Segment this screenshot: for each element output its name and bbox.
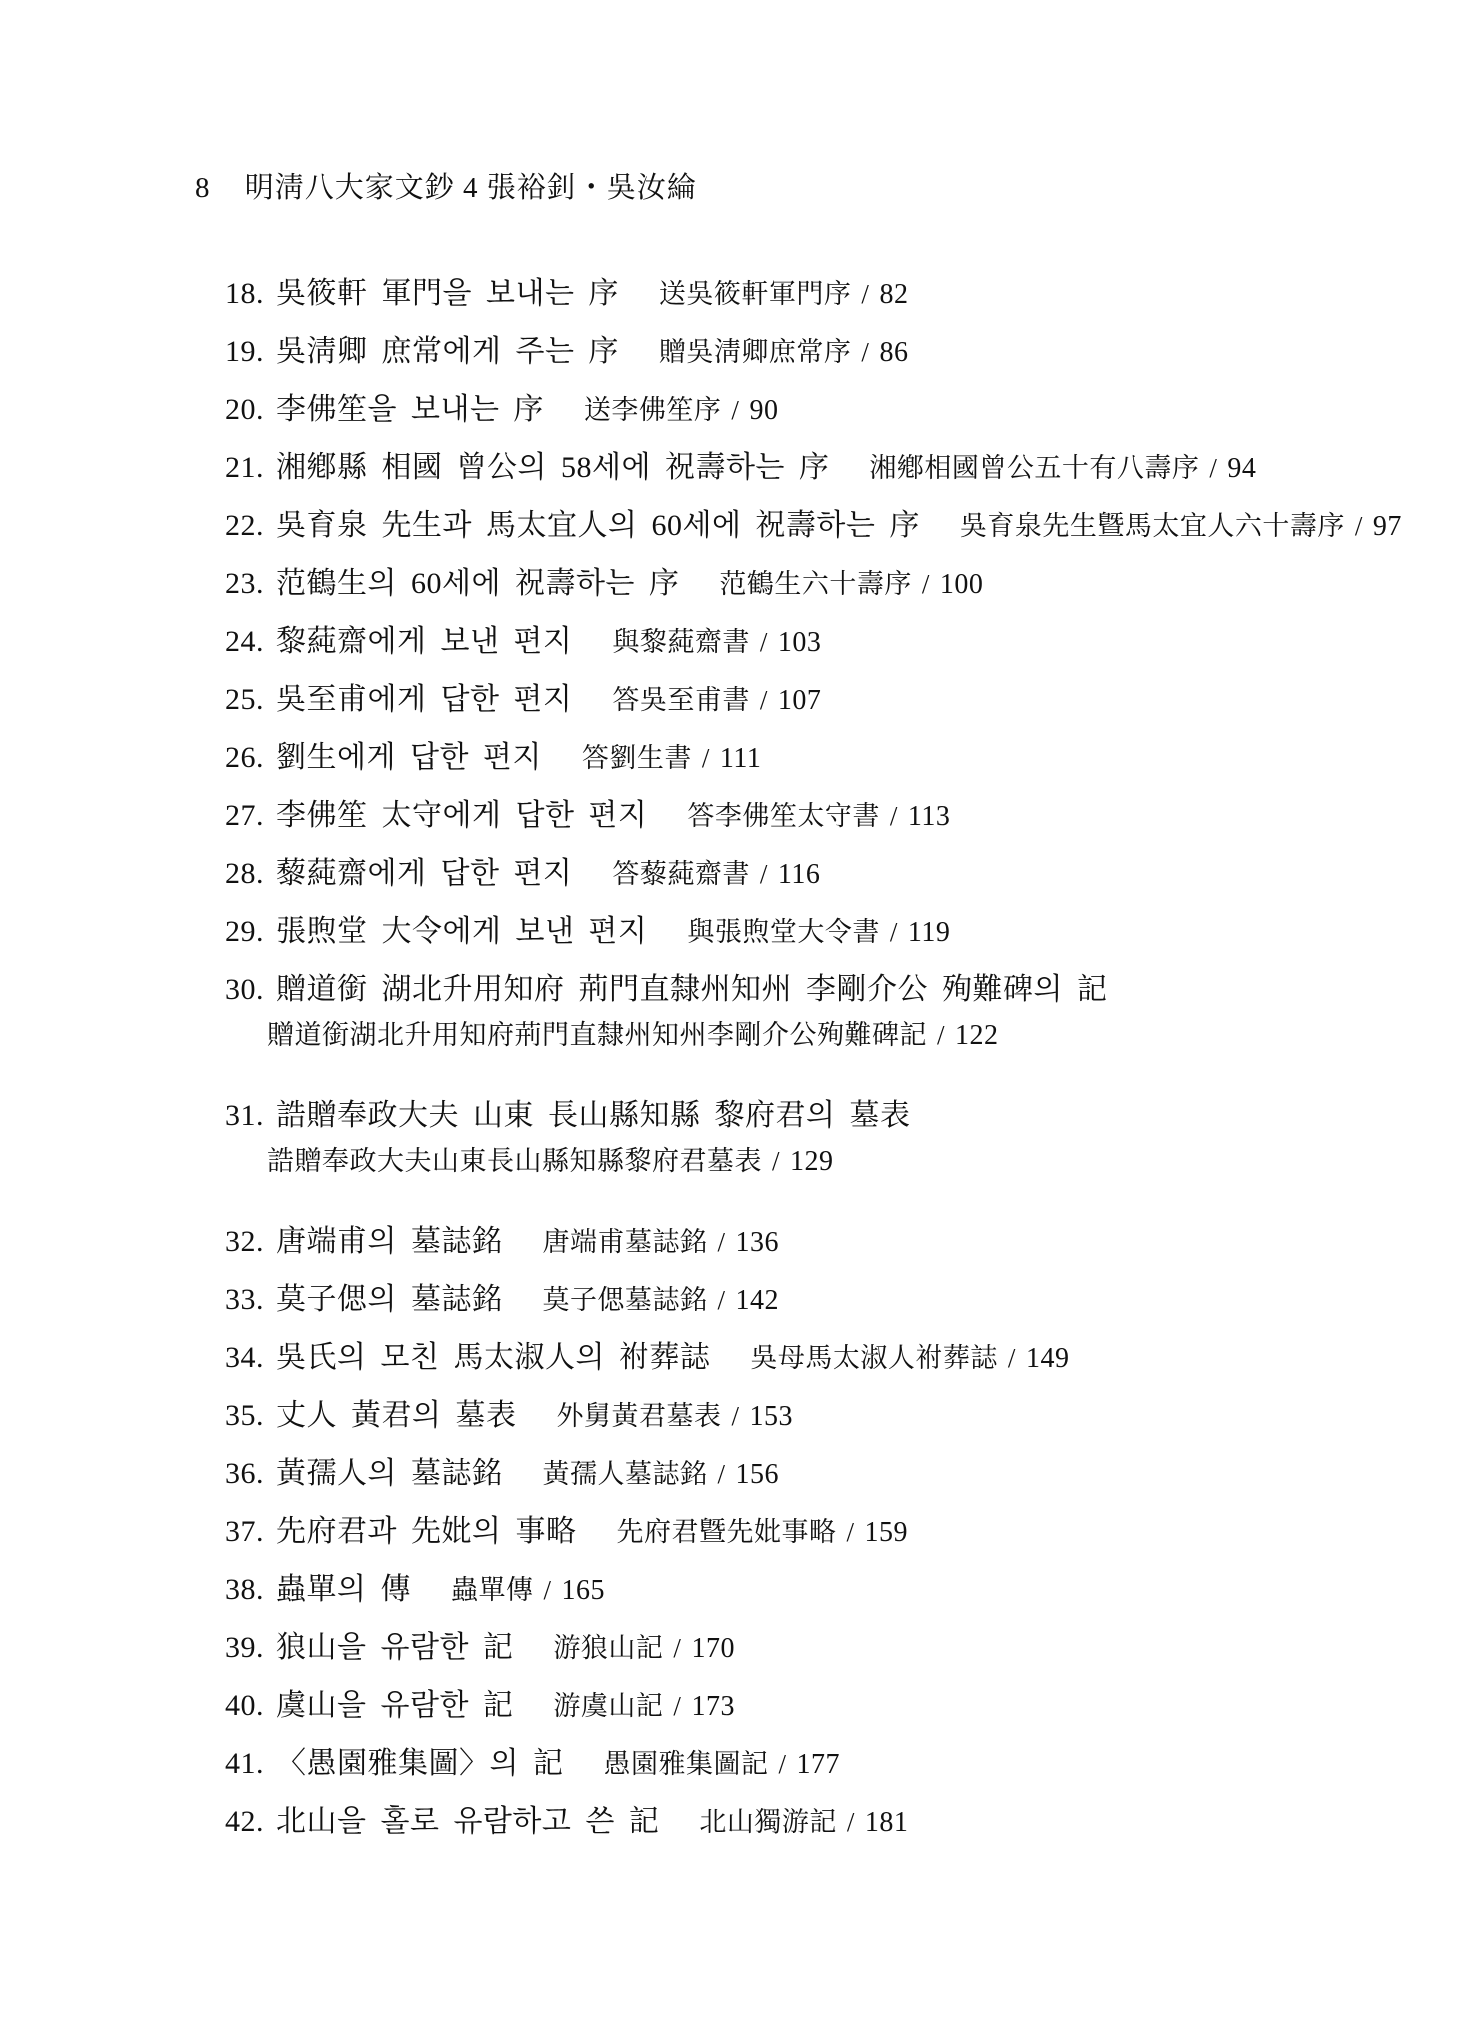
entry-line-korean: 31.誥贈奉政大夫 山東 長山縣知縣 黎府君의 墓表 <box>225 1100 1420 1132</box>
entry-number: 22. <box>225 510 264 542</box>
entry-page-number: 165 <box>562 1575 606 1606</box>
toc-entry: 40.虞山을 유람한 記游虞山記/173 <box>225 1690 1420 1723</box>
entry-title-hanja: 送李佛笙序 <box>584 395 722 425</box>
entry-page-number: 156 <box>736 1459 780 1490</box>
entry-page-number: 116 <box>778 859 820 890</box>
entry-number: 30. <box>225 974 264 1006</box>
entry-number: 25. <box>225 684 264 716</box>
toc-entry: 36.黃孺人의 墓誌銘黃孺人墓誌銘/156 <box>225 1458 1420 1491</box>
entry-title-hanja: 答李佛笙太守書 <box>687 801 880 831</box>
entry-title-hanja: 答劉生書 <box>582 743 692 773</box>
entry-separator: / <box>717 1285 725 1315</box>
toc-entry: 18.吳筱軒 軍門을 보내는 序送吳筱軒軍門序/82 <box>225 278 1420 311</box>
entry-title-hanja: 送吳筱軒軍門序 <box>659 279 852 309</box>
entry-number: 20. <box>225 394 264 426</box>
entry-title-korean: 張煦堂 大令에게 보낸 편지 <box>276 915 647 948</box>
entry-separator: / <box>673 1633 681 1663</box>
entry-title-korean: 誥贈奉政大夫 山東 長山縣知縣 黎府君의 墓表 <box>276 1099 910 1132</box>
entry-separator: / <box>846 1517 854 1547</box>
toc-entry: 22.吳育泉 先生과 馬太宜人의 60세에 祝壽하는 序吳育泉先生曁馬太宜人六十… <box>225 510 1420 543</box>
entry-title-hanja: 范鶴生六十壽序 <box>719 569 912 599</box>
entry-title-korean: 先府君과 先妣의 事略 <box>276 1515 576 1548</box>
entry-title-hanja: 答吳至甫書 <box>612 685 750 715</box>
toc-entry: 42.北山을 홀로 유람하고 쓴 記北山獨游記/181 <box>225 1806 1420 1839</box>
entry-title-hanja: 愚園雅集圖記 <box>603 1749 768 1779</box>
entry-number: 27. <box>225 800 264 832</box>
toc-entry: 27.李佛笙 太守에게 답한 편지答李佛笙太守書/113 <box>225 800 1420 833</box>
entry-title-korean: 丈人 黃君의 墓表 <box>276 1399 516 1432</box>
entry-title-korean: 北山을 홀로 유람하고 쓴 記 <box>276 1805 659 1838</box>
entry-page-number: 177 <box>797 1749 841 1780</box>
entry-title-hanja: 與黎蒓齋書 <box>612 627 750 657</box>
entry-title-hanja: 答藜蒓齋書 <box>612 859 750 889</box>
toc-entry: 33.莫子偲의 墓誌銘莫子偲墓誌銘/142 <box>225 1284 1420 1317</box>
entry-number: 33. <box>225 1284 264 1316</box>
book-title: 明淸八大家文鈔 4 張裕釗・吳汝綸 <box>245 165 697 206</box>
entry-separator: / <box>1355 511 1363 541</box>
toc-entry: 25.吳至甫에게 답한 편지答吳至甫書/107 <box>225 684 1420 717</box>
entry-separator: / <box>760 627 768 657</box>
toc-entry: 20.李佛笙을 보내는 序送李佛笙序/90 <box>225 394 1420 427</box>
entry-page-number: 100 <box>940 569 984 600</box>
entry-number: 40. <box>225 1690 264 1722</box>
toc-entry: 32.唐端甫의 墓誌銘唐端甫墓誌銘/136 <box>225 1226 1420 1259</box>
entry-title-korean: 范鶴生의 60세에 祝壽하는 序 <box>276 567 679 600</box>
entry-title-hanja: 先府君曁先妣事略 <box>616 1517 836 1547</box>
entry-title-hanja: 與張煦堂大令書 <box>687 917 880 947</box>
entry-number: 29. <box>225 916 264 948</box>
entry-separator: / <box>861 279 869 309</box>
entry-page-number: 97 <box>1373 511 1402 542</box>
entry-number: 19. <box>225 336 264 368</box>
toc-entry: 41.〈愚園雅集圖〉의 記愚園雅集圖記/177 <box>225 1748 1420 1781</box>
toc-entry: 37.先府君과 先妣의 事略先府君曁先妣事略/159 <box>225 1516 1420 1549</box>
entry-separator: / <box>922 569 930 599</box>
folio-page-number: 8 <box>195 172 211 205</box>
entry-title-korean: 吳筱軒 軍門을 보내는 序 <box>276 277 619 310</box>
entry-title-korean: 莫子偲의 墓誌銘 <box>276 1283 502 1316</box>
entry-page-number: 107 <box>778 685 822 716</box>
entry-title-korean: 贈道銜 湖北升用知府 荊門直隸州知州 李剛介公 殉難碑의 記 <box>276 973 1107 1006</box>
entry-title-korean: 吳至甫에게 답한 편지 <box>276 683 572 716</box>
entry-number: 37. <box>225 1516 264 1548</box>
entry-page-number: 94 <box>1227 453 1256 484</box>
toc-entry: 29.張煦堂 大令에게 보낸 편지與張煦堂大令書/119 <box>225 916 1420 949</box>
entry-title-korean: 李佛笙을 보내는 序 <box>276 393 544 426</box>
entry-title-korean: 蟲單의 傳 <box>276 1573 411 1606</box>
entry-title-korean: 唐端甫의 墓誌銘 <box>276 1225 502 1258</box>
entry-title-hanja: 誥贈奉政大夫山東長山縣知縣黎府君墓表 <box>267 1146 762 1176</box>
entry-separator: / <box>890 801 898 831</box>
entry-page-number: 82 <box>879 279 908 310</box>
entry-title-hanja: 游虞山記 <box>553 1691 663 1721</box>
toc-entry: 31.誥贈奉政大夫 山東 長山縣知縣 黎府君의 墓表 誥贈奉政大夫山東長山縣知縣… <box>225 1100 1420 1178</box>
entry-title-korean: 〈愚園雅集圖〉의 記 <box>276 1747 563 1780</box>
entry-separator: / <box>772 1146 780 1176</box>
entry-page-number: 136 <box>736 1227 780 1258</box>
toc-entry: 35.丈人 黃君의 墓表外舅黃君墓表/153 <box>225 1400 1420 1433</box>
entry-page-number: 173 <box>691 1691 735 1722</box>
entry-line-korean: 30.贈道銜 湖北升用知府 荊門直隸州知州 李剛介公 殉難碑의 記 <box>225 974 1420 1006</box>
toc-entry: 23.范鶴生의 60세에 祝壽하는 序范鶴生六十壽序/100 <box>225 568 1420 601</box>
entry-page-number: 113 <box>908 801 950 832</box>
entry-title-korean: 虞山을 유람한 記 <box>276 1689 513 1722</box>
entry-number: 23. <box>225 568 264 600</box>
entry-page-number: 170 <box>691 1633 735 1664</box>
entry-title-hanja: 贈吳淸卿庶常序 <box>659 337 852 367</box>
entry-title-korean: 吳育泉 先生과 馬太宜人의 60세에 祝壽하는 序 <box>276 509 920 542</box>
entry-number: 26. <box>225 742 264 774</box>
entry-separator: / <box>760 685 768 715</box>
entry-separator: / <box>731 395 739 425</box>
entry-separator: / <box>1209 453 1217 483</box>
entry-separator: / <box>778 1749 786 1779</box>
entry-title-korean: 藜蒓齋에게 답한 편지 <box>276 857 572 890</box>
entry-page-number: 122 <box>955 1020 999 1051</box>
entry-separator: / <box>717 1227 725 1257</box>
entry-page-number: 159 <box>864 1517 908 1548</box>
entry-page-number: 90 <box>749 395 778 426</box>
entry-separator: / <box>543 1575 551 1605</box>
toc-entry: 26.劉生에게 답한 편지答劉生書/111 <box>225 742 1420 775</box>
entry-number: 24. <box>225 626 264 658</box>
toc-entry: 28.藜蒓齋에게 답한 편지答藜蒓齋書/116 <box>225 858 1420 891</box>
entry-separator: / <box>731 1401 739 1431</box>
entry-page-number: 103 <box>778 627 822 658</box>
entry-separator: / <box>861 337 869 367</box>
entry-title-korean: 湘鄕縣 相國 曾公의 58세에 祝壽하는 序 <box>276 451 829 484</box>
toc-entry: 30.贈道銜 湖北升用知府 荊門直隸州知州 李剛介公 殉難碑의 記 贈道銜湖北升… <box>225 974 1420 1052</box>
entry-number: 39. <box>225 1632 264 1664</box>
entry-title-korean: 劉生에게 답한 편지 <box>276 741 542 774</box>
page-header: 8 明淸八大家文鈔 4 張裕釗・吳汝綸 <box>195 165 1420 206</box>
entry-title-korean: 吳淸卿 庶常에게 주는 序 <box>276 335 619 368</box>
entry-separator: / <box>1008 1343 1016 1373</box>
book-page: 8 明淸八大家文鈔 4 張裕釗・吳汝綸 18.吳筱軒 軍門을 보내는 序送吳筱軒… <box>0 0 1480 2024</box>
entry-title-hanja: 贈道銜湖北升用知府荊門直隸州知州李剛介公殉難碑記 <box>267 1020 927 1050</box>
entry-title-hanja: 黃孺人墓誌銘 <box>542 1459 707 1489</box>
toc-entry: 21.湘鄕縣 相國 曾公의 58세에 祝壽하는 序湘鄕相國曾公五十有八壽序/94 <box>225 452 1420 485</box>
entry-title-korean: 黎蒓齋에게 보낸 편지 <box>276 625 572 658</box>
entry-title-hanja: 吳母馬太淑人祔葬誌 <box>750 1343 998 1373</box>
entry-title-hanja: 北山獨游記 <box>699 1807 837 1837</box>
entry-page-number: 119 <box>908 917 950 948</box>
entry-number: 38. <box>225 1574 264 1606</box>
entry-title-hanja: 外舅黃君墓表 <box>556 1401 721 1431</box>
entry-number: 41. <box>225 1748 264 1780</box>
toc-entry: 19.吳淸卿 庶常에게 주는 序贈吳淸卿庶常序/86 <box>225 336 1420 369</box>
toc-entry: 39.狼山을 유람한 記游狼山記/170 <box>225 1632 1420 1665</box>
entry-title-korean: 吳氏의 모친 馬太淑人의 祔葬誌 <box>276 1341 710 1374</box>
entry-number: 34. <box>225 1342 264 1374</box>
entry-number: 21. <box>225 452 264 484</box>
entry-title-hanja: 莫子偲墓誌銘 <box>542 1285 707 1315</box>
entry-separator: / <box>673 1691 681 1721</box>
table-of-contents: 18.吳筱軒 軍門을 보내는 序送吳筱軒軍門序/82 19.吳淸卿 庶常에게 주… <box>195 278 1420 1839</box>
entry-page-number: 181 <box>865 1807 909 1838</box>
entry-separator: / <box>760 859 768 889</box>
toc-entry: 34.吳氏의 모친 馬太淑人의 祔葬誌吳母馬太淑人祔葬誌/149 <box>225 1342 1420 1375</box>
entry-number: 32. <box>225 1226 264 1258</box>
entry-number: 36. <box>225 1458 264 1490</box>
entry-line-hanja: 誥贈奉政大夫山東長山縣知縣黎府君墓表/129 <box>225 1145 1420 1178</box>
toc-entry: 38.蟲單의 傳蟲單傳/165 <box>225 1574 1420 1607</box>
entry-page-number: 111 <box>720 743 761 774</box>
entry-separator: / <box>890 917 898 947</box>
entry-separator: / <box>717 1459 725 1489</box>
entry-title-hanja: 湘鄕相國曾公五十有八壽序 <box>869 453 1199 483</box>
entry-separator: / <box>702 743 710 773</box>
entry-separator: / <box>847 1807 855 1837</box>
entry-title-hanja: 吳育泉先生曁馬太宜人六十壽序 <box>960 511 1345 541</box>
entry-title-korean: 狼山을 유람한 記 <box>276 1631 513 1664</box>
entry-title-hanja: 唐端甫墓誌銘 <box>542 1227 707 1257</box>
entry-title-hanja: 蟲單傳 <box>451 1575 534 1605</box>
entry-line-hanja: 贈道銜湖北升用知府荊門直隸州知州李剛介公殉難碑記/122 <box>225 1019 1420 1052</box>
entry-number: 42. <box>225 1806 264 1838</box>
entry-number: 18. <box>225 278 264 310</box>
entry-page-number: 86 <box>879 337 908 368</box>
entry-title-korean: 黃孺人의 墓誌銘 <box>276 1457 502 1490</box>
entry-number: 31. <box>225 1100 264 1132</box>
entry-title-hanja: 游狼山記 <box>553 1633 663 1663</box>
entry-separator: / <box>937 1020 945 1050</box>
entry-page-number: 149 <box>1026 1343 1070 1374</box>
entry-number: 28. <box>225 858 264 890</box>
entry-title-korean: 李佛笙 太守에게 답한 편지 <box>276 799 647 832</box>
entry-number: 35. <box>225 1400 264 1432</box>
toc-entry: 24.黎蒓齋에게 보낸 편지與黎蒓齋書/103 <box>225 626 1420 659</box>
entry-page-number: 129 <box>790 1146 834 1177</box>
entry-page-number: 142 <box>736 1285 780 1316</box>
entry-page-number: 153 <box>750 1401 794 1432</box>
